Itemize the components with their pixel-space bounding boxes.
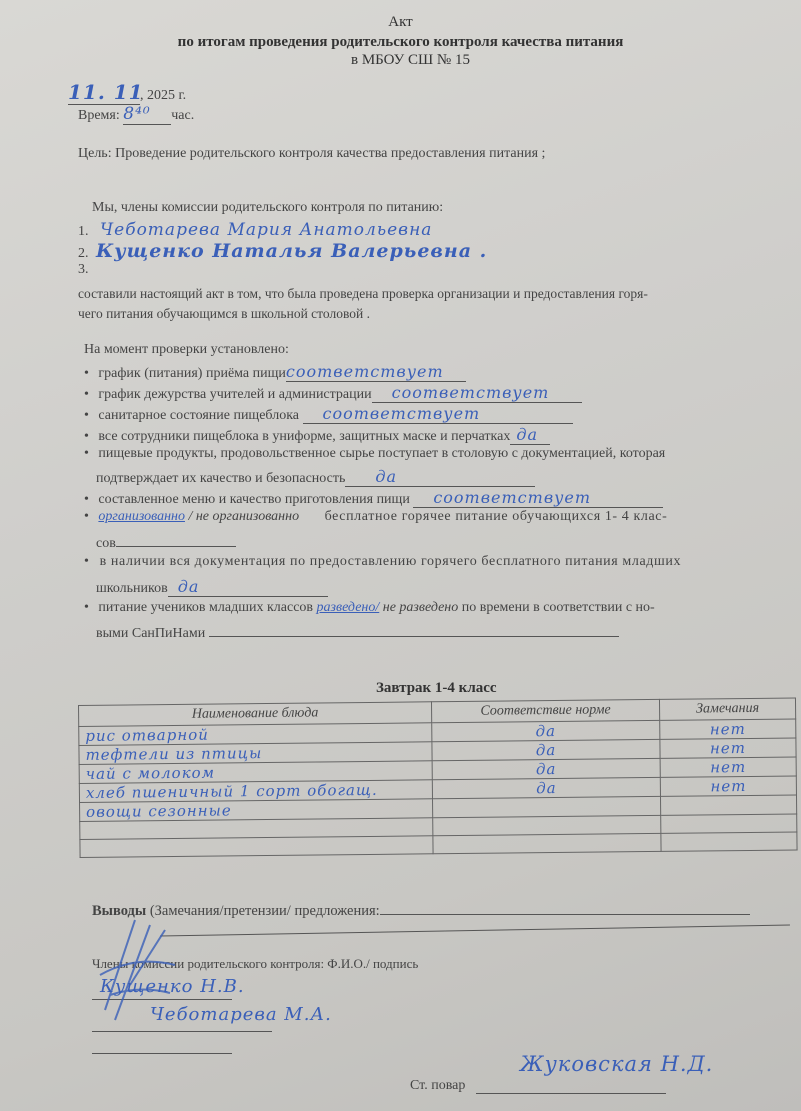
remarks-cell: [661, 814, 797, 833]
signature-line-3: [92, 1052, 232, 1054]
conclusions-row: Выводы (Замечания/претензии/ предложения…: [92, 900, 750, 920]
finding-sanitary: санитарное состояние пищеблока соответст…: [84, 404, 573, 424]
remarks-cell: нет: [660, 757, 796, 777]
member-3: 3.: [78, 262, 89, 278]
norm-cell: да: [432, 758, 660, 779]
finding-label: пищевые продукты, продовольственное сырь…: [98, 446, 665, 461]
finding-value: соответствует: [303, 404, 573, 424]
menu-table: Наименование блюда Соответствие норме За…: [78, 697, 798, 858]
finding-label: питание учеников младших классов: [98, 600, 313, 615]
member-name: Кущенко Наталья Валерьевна .: [96, 240, 487, 262]
finding-value: да: [345, 467, 535, 487]
date-row: 11. 11, 2025 г.: [68, 80, 186, 105]
remarks-cell: [661, 832, 797, 851]
finding-label-tail: по времени в соответствии с но-: [458, 600, 654, 615]
finding-label: все сотрудники пищеблока в униформе, защ…: [98, 429, 510, 444]
finding-label: подтверждает их качество и безопасность: [96, 471, 345, 486]
finding-value: да: [510, 425, 550, 445]
date-handwritten: 11. 11: [68, 80, 140, 105]
option-other: / не организованно: [185, 509, 299, 524]
school-name: в МБОУ СШ № 15: [10, 52, 801, 69]
finding-value: соответствует: [413, 488, 663, 508]
member-num: 2.: [78, 246, 89, 261]
finding-schedule-split-2: выми СанПиНами: [96, 622, 619, 642]
finding-value: соответствует: [372, 383, 582, 403]
findings-title: На момент проверки установлено:: [84, 342, 289, 358]
option-selected: разведено/: [317, 600, 380, 615]
finding-value: да: [168, 577, 328, 597]
finding-label: санитарное состояние пищеблока: [98, 408, 299, 423]
finding-free-meals-2: сов: [96, 532, 236, 552]
norm-cell: да: [432, 739, 660, 760]
signature-scribble: [95, 915, 185, 1025]
document-subtitle: по итогам проведения родительского контр…: [0, 34, 801, 51]
cook-signature: Жуковская Н.Д.: [520, 1052, 713, 1076]
act-statement-1: составили настоящий акт в том, что была …: [78, 286, 648, 302]
finding-label: выми СанПиНами: [96, 626, 205, 641]
act-statement-2: чего питания обучающимся в школьной стол…: [78, 306, 370, 322]
member-name: Чеботарева Мария Анатольевна: [100, 220, 432, 240]
conclusions-line-2: [160, 925, 790, 937]
conclusions-line: [380, 900, 750, 915]
col-remarks-header: Замечания: [659, 698, 795, 720]
menu-table-title: Завтрак 1-4 класс: [376, 680, 497, 697]
finding-label: график (питания) приёма пищи: [98, 366, 286, 381]
dish-cell: [80, 836, 433, 858]
finding-meal-schedule: график (питания) приёма пищисоответствуе…: [84, 362, 466, 382]
time-handwritten: 8⁴⁰: [123, 104, 171, 125]
member-2: 2. Кущенко Наталья Валерьевна .: [78, 240, 487, 262]
cook-signature-line: [476, 1092, 666, 1094]
time-suffix: час.: [171, 108, 194, 123]
option-selected: организованно: [98, 509, 185, 524]
norm-cell: да: [432, 720, 660, 741]
norm-cell: [433, 815, 661, 835]
finding-label: сов: [96, 536, 116, 551]
finding-value-blank: [209, 622, 619, 637]
finding-label: в наличии вся документация по предоставл…: [100, 554, 681, 569]
signature-line-2: [92, 1030, 272, 1032]
finding-uniform: все сотрудники пищеблока в униформе, защ…: [84, 425, 550, 445]
col-norm-header: Соответствие норме: [431, 699, 659, 722]
remarks-cell: [660, 795, 796, 815]
finding-label: бесплатное горячее питание обучающихся 1…: [325, 509, 668, 524]
member-num: 1.: [78, 224, 89, 239]
act-document: Акт по итогам проведения родительского к…: [0, 0, 801, 1111]
finding-value: соответствует: [286, 362, 466, 382]
remarks-cell: нет: [660, 738, 796, 758]
finding-value-blank: [116, 532, 236, 547]
time-label: Время:: [78, 108, 120, 123]
goal-text: Цель: Проведение родительского контроля …: [78, 146, 545, 162]
finding-label: школьников: [96, 581, 168, 596]
document-title: Акт: [0, 14, 801, 31]
norm-cell: [433, 796, 661, 817]
finding-menu: составленное меню и качество приготовлен…: [84, 488, 663, 508]
finding-documentation: в наличии вся документация по предоставл…: [84, 554, 681, 570]
finding-label: составленное меню и качество приготовлен…: [98, 492, 409, 507]
date-year: , 2025 г.: [140, 88, 186, 103]
time-row: Время: 8⁴⁰час.: [78, 104, 194, 125]
finding-products-2: подтверждает их качество и безопасностьд…: [96, 467, 535, 487]
member-num: 3.: [78, 262, 89, 277]
finding-schedule-split: питание учеников младших классов разведе…: [84, 600, 655, 616]
finding-documentation-2: школьниковда: [96, 577, 328, 597]
norm-cell: да: [432, 777, 660, 798]
finding-duty-schedule: график дежурства учителей и администраци…: [84, 383, 582, 403]
remarks-cell: нет: [660, 719, 796, 739]
members-intro: Мы, члены комиссии родительского контрол…: [92, 200, 443, 216]
norm-cell: [433, 833, 661, 853]
finding-products: пищевые продукты, продовольственное сырь…: [84, 446, 665, 462]
finding-label: график дежурства учителей и администраци…: [98, 387, 371, 402]
member-1: 1. Чеботарева Мария Анатольевна: [78, 220, 432, 240]
remarks-cell: нет: [660, 776, 796, 796]
cook-label: Ст. повар: [410, 1078, 465, 1094]
option-other: не разведено: [379, 600, 458, 615]
finding-free-meals: организованно / не организованно бесплат…: [84, 509, 667, 525]
